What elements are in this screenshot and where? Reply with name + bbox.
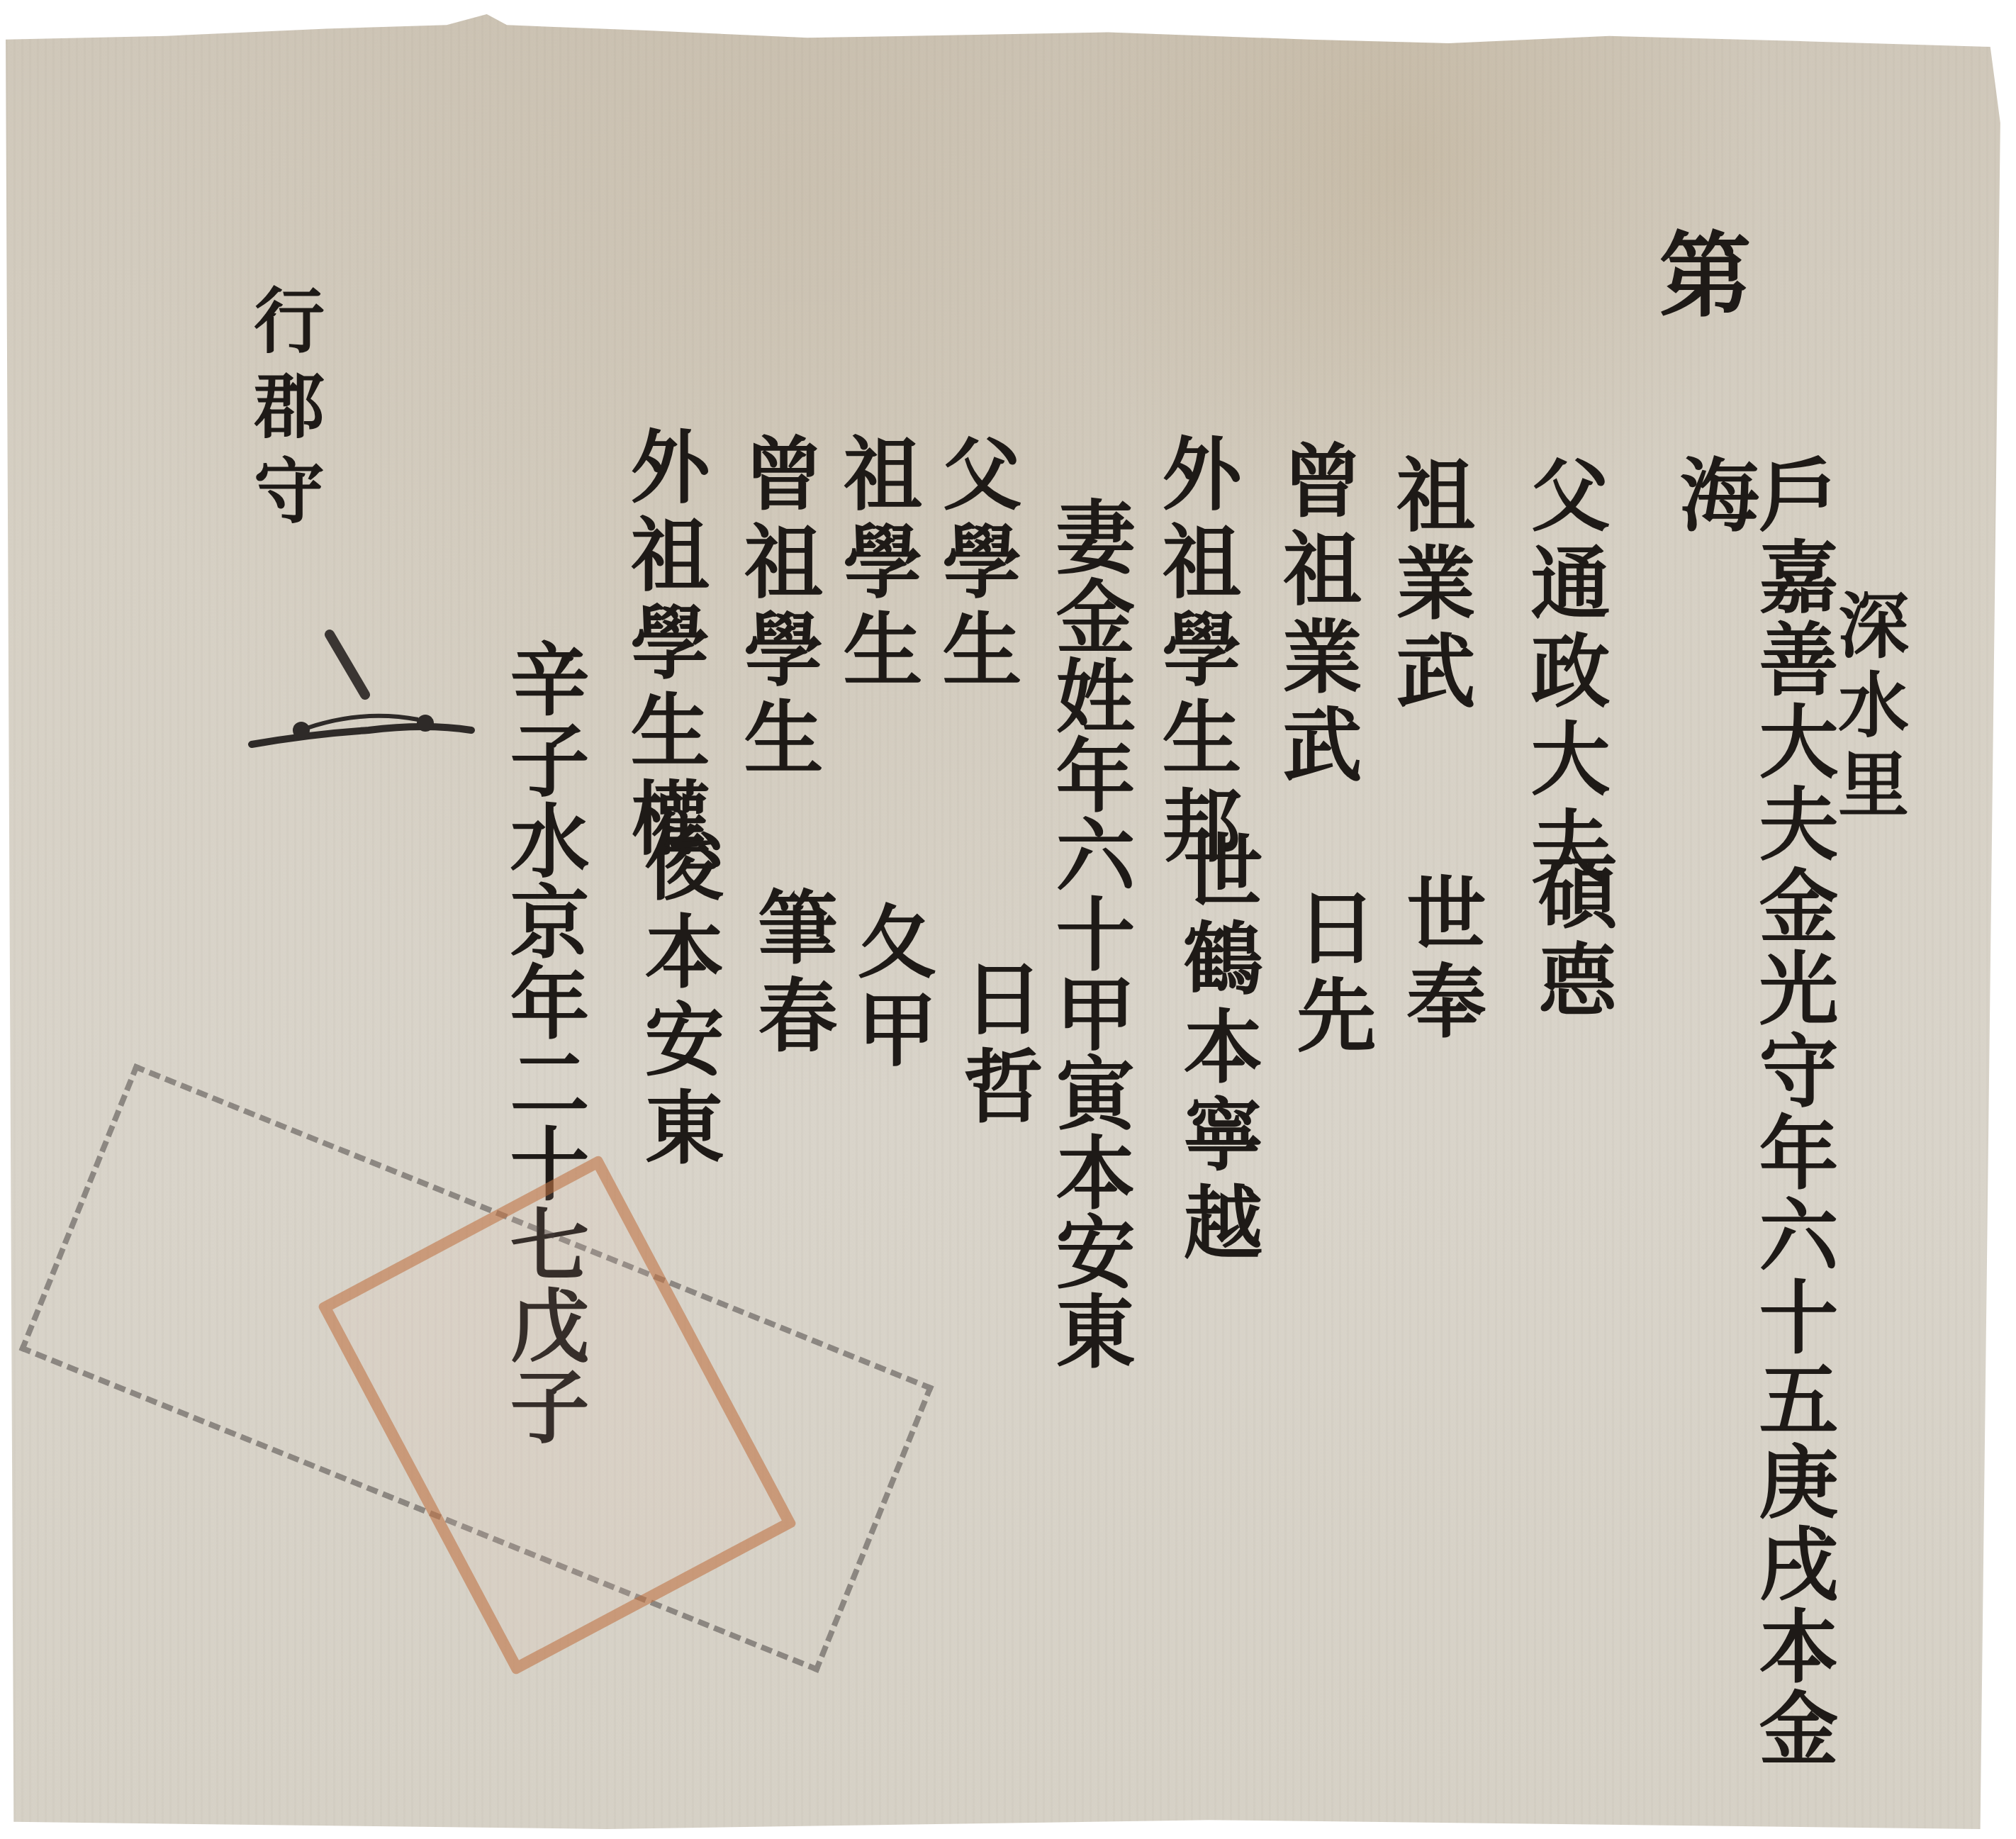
father-name: 碩㥁 [1531, 851, 1611, 1027]
signature-mark-icon [227, 617, 496, 759]
official-title: 行郡守 [248, 284, 319, 539]
wife-maternal-grandfather-title: 外祖學生權 [624, 425, 703, 865]
great-grandfather-title: 曾祖業武 [1276, 440, 1355, 791]
head-of-household-line: 戶嘉善大夫金光守年六十五庚戌本金海 [1673, 454, 1832, 1839]
wife-great-grandfather-name: 筆春 [751, 886, 831, 1062]
heading-character: 第 [1652, 227, 1744, 328]
wife-maternal-grandfather-name: 俊本安東 [638, 822, 717, 1174]
wife-line: 妻金姓年六十甲寅本安東 [1049, 496, 1129, 1370]
wife-father-title: 父學生 [936, 432, 1015, 696]
village-name: 深水里 [1832, 588, 1903, 827]
father-title: 父通政大夫 [1524, 454, 1603, 893]
maternal-grandfather-title: 外祖學生邦 [1155, 432, 1235, 872]
great-grandfather-name: 日先 [1290, 886, 1370, 1062]
wife-grandfather-name: 夂甲 [851, 900, 930, 1076]
wife-grandfather-title: 祖學生 [836, 432, 916, 696]
wife-father-name: 日哲 [957, 957, 1036, 1133]
grandfather-title: 祖業武 [1389, 454, 1469, 717]
grandfather-name: 世奉 [1400, 872, 1479, 1048]
maternal-grandfather-name: 世鶴本寧越 [1177, 829, 1256, 1269]
wife-great-grandfather-title: 曾祖學生 [737, 432, 817, 784]
